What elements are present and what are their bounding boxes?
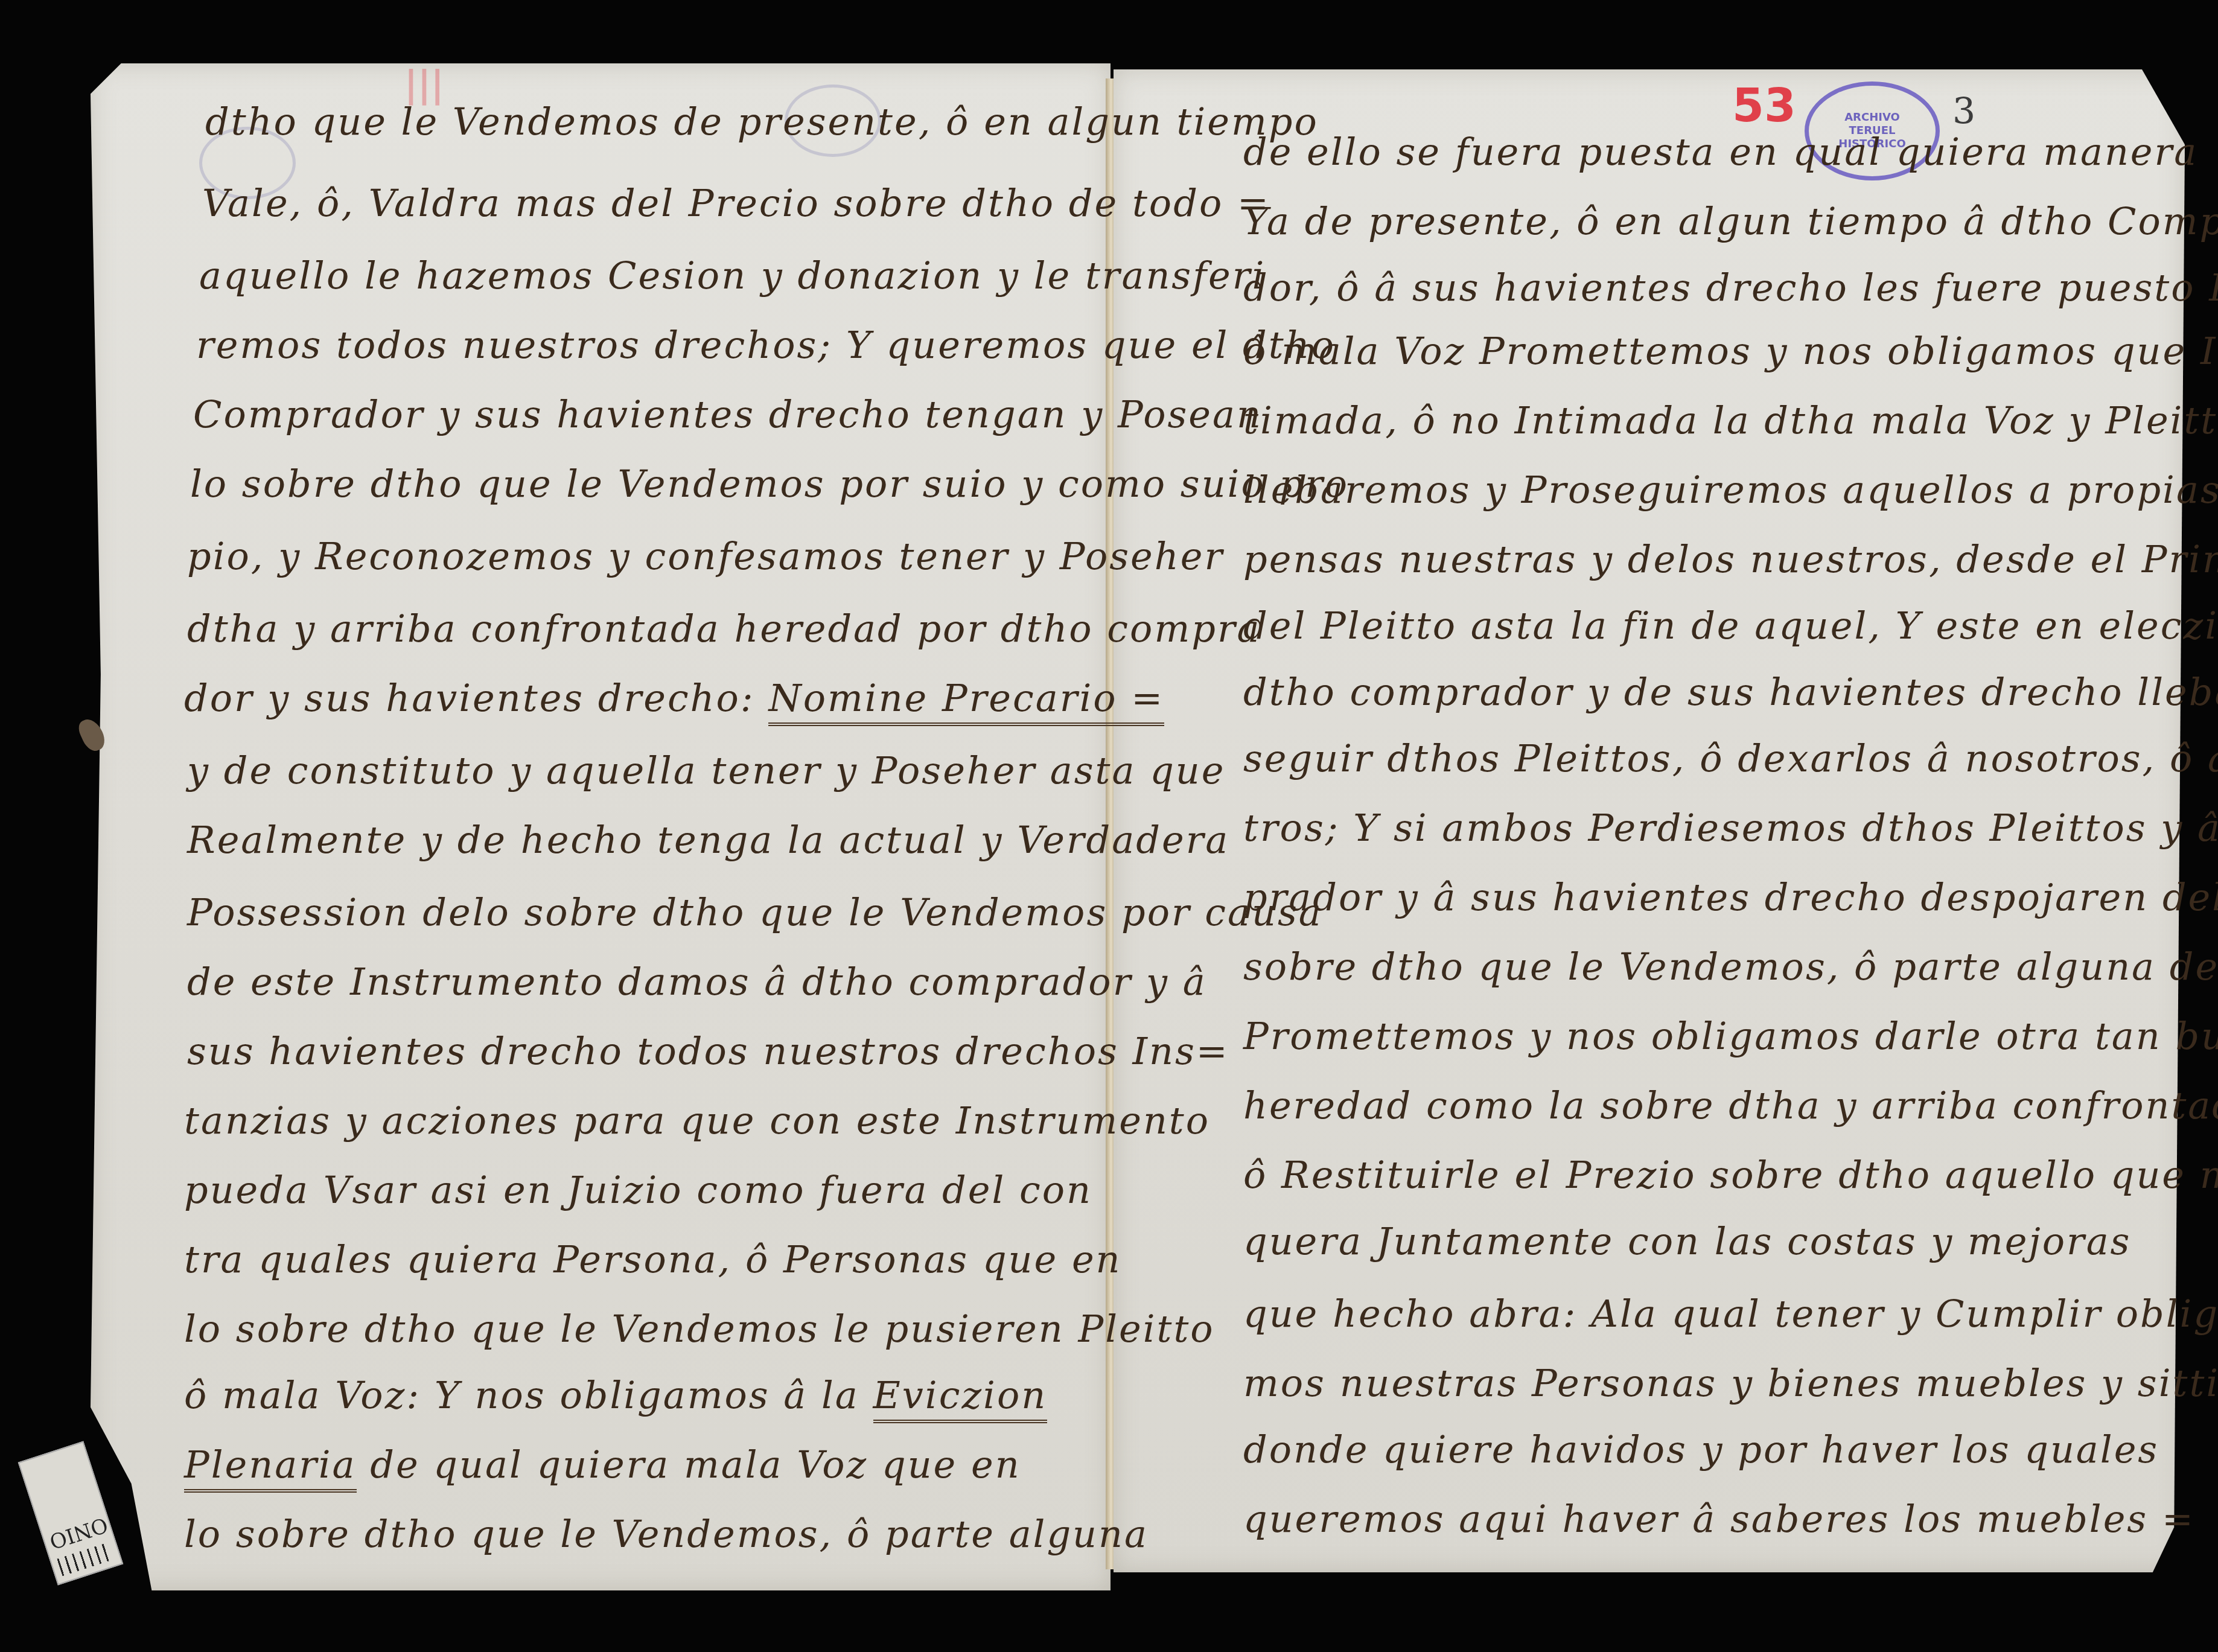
underlined-phrase-eviczion: Eviczion	[873, 1373, 1048, 1423]
manuscript-line: Possession delo sobre dtho que le Vendem…	[187, 890, 1323, 934]
manuscript-line: tanzias y acziones para que con este Ins…	[184, 1099, 1210, 1143]
line-text: de qual quiera mala Voz que en	[370, 1443, 1021, 1487]
stamp-text-line1: ARCHIVO	[1844, 111, 1900, 124]
manuscript-line: ô mala Voz Promettemos y nos obligamos q…	[1243, 329, 2218, 373]
manuscript-line: pensas nuestras y delos nuestros, desde …	[1243, 537, 2218, 581]
manuscript-line: dor y sus havientes drecho: Nomine Preca…	[184, 676, 1164, 720]
manuscript-line: sus havientes drecho todos nuestros drec…	[187, 1029, 1229, 1073]
manuscript-line: Realmente y de hecho tenga la actual y V…	[187, 818, 1229, 862]
manuscript-line: del Pleitto asta la fin de aquel, Y este…	[1243, 604, 2218, 648]
manuscript-line: quera Juntamente con las costas y mejora…	[1243, 1219, 2131, 1263]
manuscript-line: Vale, ô, Valdra mas del Precio sobre dth…	[202, 181, 1270, 225]
manuscript-line: aquello le hazemos Cesion y donazion y l…	[199, 254, 1266, 298]
manuscript-line: timada, ô no Intimada la dtha mala Voz y…	[1243, 398, 2218, 442]
manuscript-line: lo sobre dtho que le Vendemos, ô parte a…	[184, 1512, 1149, 1556]
manuscript-line: queremos aqui haver â saberes los mueble…	[1243, 1497, 2195, 1541]
pencil-page-number: 3	[1952, 91, 1975, 133]
line-text: ô mala Voz: Y nos obligamos â la	[184, 1373, 859, 1417]
manuscript-line: pio, y Reconozemos y confesamos tener y …	[187, 534, 1224, 578]
manuscript-line: que hecho abra: Ala qual tener y Cumplir…	[1243, 1292, 2218, 1336]
line-text: dor y sus havientes drecho:	[184, 676, 755, 720]
manuscript-line: mos nuestras Personas y bienes muebles y…	[1243, 1361, 2218, 1405]
manuscript-line: de ello se fuera puesta en qual quiera m…	[1243, 130, 2198, 174]
manuscript-line: dtha y arriba confrontada heredad por dt…	[187, 607, 1261, 651]
manuscript-line: ô Restituirle el Prezio sobre dtho aquel…	[1243, 1153, 2218, 1197]
manuscript-line: ô mala Voz: Y nos obligamos â la Eviczio…	[184, 1373, 1047, 1417]
manuscript-line: sobre dtho que le Vendemos, ô parte algu…	[1243, 945, 2218, 989]
manuscript-line: Plenaria de qual quiera mala Voz que en	[184, 1443, 1021, 1487]
manuscript-line: prador y â sus havientes drecho despojar…	[1243, 875, 2218, 919]
manuscript-line: de este Instrumento damos â dtho comprad…	[187, 960, 1207, 1004]
manuscript-line: Comprador y sus havientes drecho tengan …	[193, 392, 1263, 436]
manuscript-line: y de constituto y aquella tener y Posehe…	[187, 748, 1226, 793]
manuscript-line: Promettemos y nos obligamos darle otra t…	[1243, 1014, 2218, 1058]
scale-ruler-strip: ONIO	[18, 1441, 124, 1586]
folio-number-red: 53	[1732, 78, 1796, 132]
underlined-phrase-plenaria: Plenaria	[184, 1443, 357, 1493]
manuscript-line: dtho que le Vendemos de presente, ô en a…	[205, 100, 1319, 144]
manuscript-line: tra quales quiera Persona, ô Personas qu…	[184, 1237, 1122, 1281]
manuscript-line: lo sobre dtho que le Vendemos por suio y…	[190, 462, 1349, 506]
manuscript-line: Ya de presente, ô en algun tiempo â dtho…	[1243, 199, 2218, 243]
manuscript-line: dtho comprador y de sus havientes drecho…	[1243, 670, 2218, 714]
manuscript-line: remos todos nuestros drechos; Y queremos…	[196, 323, 1336, 367]
manuscript-line: seguir dthos Pleittos, ô dexarlos â noso…	[1243, 736, 2218, 780]
manuscript-line: dor, ô â sus havientes drecho les fuere …	[1243, 266, 2218, 310]
manuscript-line: pueda Vsar asi en Juizio como fuera del …	[184, 1168, 1092, 1212]
manuscript-line: heredad como la sobre dtha y arriba conf…	[1243, 1083, 2218, 1127]
manuscript-line: tros; Y si ambos Perdiesemos dthos Pleit…	[1243, 806, 2218, 850]
underlined-phrase-nomine-precario: Nomine Precario =	[768, 676, 1164, 726]
manuscript-line: donde quiere havidos y por haver los qua…	[1243, 1427, 2159, 1472]
manuscript-line: lo sobre dtho que le Vendemos le pusiere…	[184, 1307, 1215, 1351]
manuscript-line: llebaremos y Proseguiremos aquellos a pr…	[1243, 468, 2218, 512]
